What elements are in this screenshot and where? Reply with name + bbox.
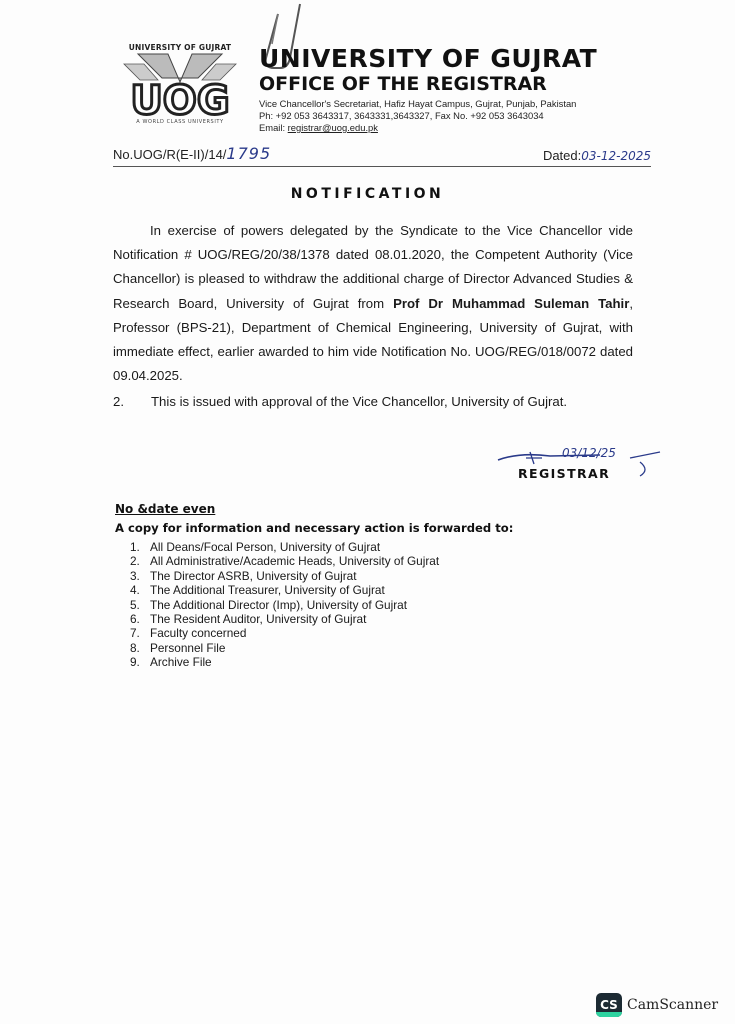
- registrar-title: REGISTRAR: [518, 466, 610, 481]
- list-item: 3.The Director ASRB, University of Gujra…: [130, 569, 439, 583]
- camscanner-label: CamScanner: [627, 997, 718, 1013]
- address-line: Vice Chancellor's Secretariat, Hafiz Hay…: [259, 98, 576, 109]
- reference-row: No.UOG/R(E-II)/14/1795 Dated:03-12-2025: [113, 144, 651, 167]
- list-item: 8.Personnel File: [130, 641, 439, 655]
- email-link[interactable]: registrar@uog.edu.pk: [288, 122, 378, 133]
- camscanner-logo-icon: CS: [596, 993, 622, 1017]
- office-title: OFFICE OF THE REGISTRAR: [259, 73, 547, 95]
- handwritten-date: 03-12-2025: [581, 149, 651, 163]
- svg-text:UOG: UOG: [130, 78, 229, 118]
- university-title: UNIVERSITY OF GUJRAT: [259, 44, 597, 73]
- logo-tagline: A WORLD CLASS UNIVERSITY: [112, 119, 248, 125]
- phone-line: Ph: +92 053 3643317, 3643331,3643327, Fa…: [259, 110, 544, 121]
- paragraph-2-text: This is issued with approval of the Vice…: [151, 394, 567, 409]
- notification-paragraph-2: 2.This is issued with approval of the Vi…: [113, 394, 673, 409]
- reference-date: Dated:03-12-2025: [543, 148, 651, 163]
- camscanner-watermark: CS CamScanner: [596, 992, 718, 1018]
- list-item: 5.The Additional Director (Imp), Univers…: [130, 598, 439, 612]
- no-and-date-heading: No &date even: [115, 502, 215, 516]
- uog-emblem-icon: UOG: [118, 52, 242, 118]
- list-item: 1.All Deans/Focal Person, University of …: [130, 540, 439, 554]
- distribution-intro: A copy for information and necessary act…: [115, 521, 513, 535]
- paragraph-2-number: 2.: [113, 394, 151, 409]
- list-item: 7.Faculty concerned: [130, 626, 439, 640]
- distribution-list: 1.All Deans/Focal Person, University of …: [130, 540, 439, 670]
- date-label: Dated:: [543, 148, 581, 163]
- scanned-document-page: UNIVERSITY OF GUJRAT UOG A WORLD CLASS U…: [0, 0, 735, 1024]
- logo-top-text: UNIVERSITY OF GUJRAT: [112, 43, 248, 52]
- list-item: 6.The Resident Auditor, University of Gu…: [130, 612, 439, 626]
- reference-number: No.UOG/R(E-II)/14/1795: [113, 144, 271, 163]
- email-label: Email:: [259, 122, 288, 133]
- notification-title: NOTIFICATION: [0, 186, 735, 202]
- svg-text:03/12/25: 03/12/25: [562, 446, 616, 460]
- list-item: 9.Archive File: [130, 655, 439, 669]
- email-line: Email: registrar@uog.edu.pk: [259, 122, 378, 133]
- notification-paragraph-1: In exercise of powers delegated by the S…: [113, 219, 633, 388]
- handwritten-number: 1795: [226, 144, 271, 163]
- list-item: 4.The Additional Treasurer, University o…: [130, 583, 439, 597]
- list-item: 2.All Administrative/Academic Heads, Uni…: [130, 554, 439, 568]
- person-name: Prof Dr Muhammad Suleman Tahir: [393, 296, 629, 311]
- reference-number-label: No.UOG/R(E-II)/14/: [113, 147, 226, 162]
- university-logo: UNIVERSITY OF GUJRAT UOG A WORLD CLASS U…: [112, 43, 248, 127]
